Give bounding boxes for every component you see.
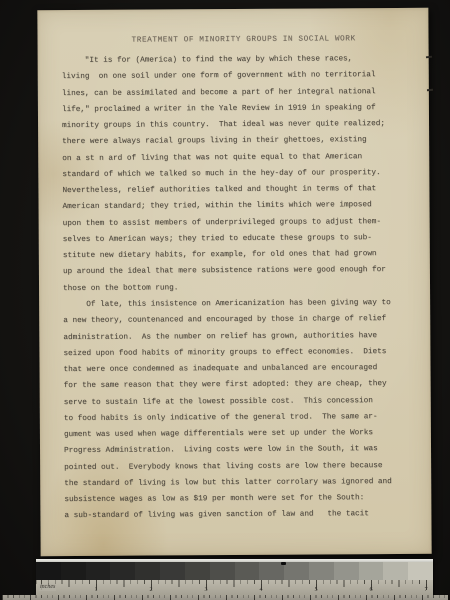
wedge-step <box>309 562 334 580</box>
text-line: minority groups in this country. That id… <box>62 116 422 134</box>
grayscale-step-wedge <box>36 562 433 580</box>
paper-edge-mark <box>426 56 432 59</box>
text-line: administration. As the number on relief … <box>63 327 423 345</box>
text-line: American standard; they tried, within th… <box>62 197 422 215</box>
document-title: TREATMENT OF MINORITY GROUPS IN SOCIAL W… <box>131 35 355 44</box>
wedge-step <box>36 562 61 580</box>
paper-edge-mark <box>427 89 433 91</box>
ruler-unit-label: inches <box>39 584 56 591</box>
ruler-number: 7 <box>424 586 427 594</box>
text-line: living on one soil under one form of gov… <box>62 67 422 85</box>
text-line: serve to sustain life at the lowest poss… <box>64 392 424 410</box>
document-page: TREATMENT OF MINORITY GROUPS IN SOCIAL W… <box>37 8 431 556</box>
ruler-inches: inches 1234567 <box>36 580 433 595</box>
wedge-step <box>61 562 86 580</box>
text-line: lines, can be assimilated and become a p… <box>62 83 422 101</box>
text-line: a sub-standard of living was given sanct… <box>64 506 424 524</box>
ruler-number: 6 <box>369 586 372 594</box>
text-line: Progress Administration. Living costs we… <box>64 441 424 459</box>
ruler-number: 3 <box>204 586 207 594</box>
text-line: a new theory, countenanced and encourage… <box>63 311 423 329</box>
wedge-step <box>160 562 185 580</box>
wedge-step <box>210 562 235 580</box>
wedge-step <box>185 562 210 580</box>
text-line: for the same reason that they were first… <box>64 376 424 394</box>
ruler-number: 2 <box>149 586 152 594</box>
wedge-step <box>408 562 433 580</box>
ruler-number: 4 <box>259 586 262 594</box>
wedge-step <box>110 562 135 580</box>
wedge-step <box>383 562 408 580</box>
wedge-step <box>334 562 359 580</box>
ruler-number: 1 <box>94 586 97 594</box>
calibration-target: inches 1234567 <box>36 559 433 595</box>
wedge-step <box>284 562 309 580</box>
wedge-step <box>135 562 160 580</box>
wedge-step <box>359 562 384 580</box>
wedge-step <box>86 562 111 580</box>
text-line: up around the ideal that mere subsistenc… <box>63 262 423 280</box>
ruler-bottom-partial <box>2 595 448 600</box>
wedge-registration-mark <box>281 562 286 565</box>
wedge-step <box>235 562 260 580</box>
document-body: "It is for (America) to find the way by … <box>62 51 425 525</box>
ruler-number: 5 <box>314 586 317 594</box>
text-line: the standard of living is low but this l… <box>64 474 424 492</box>
